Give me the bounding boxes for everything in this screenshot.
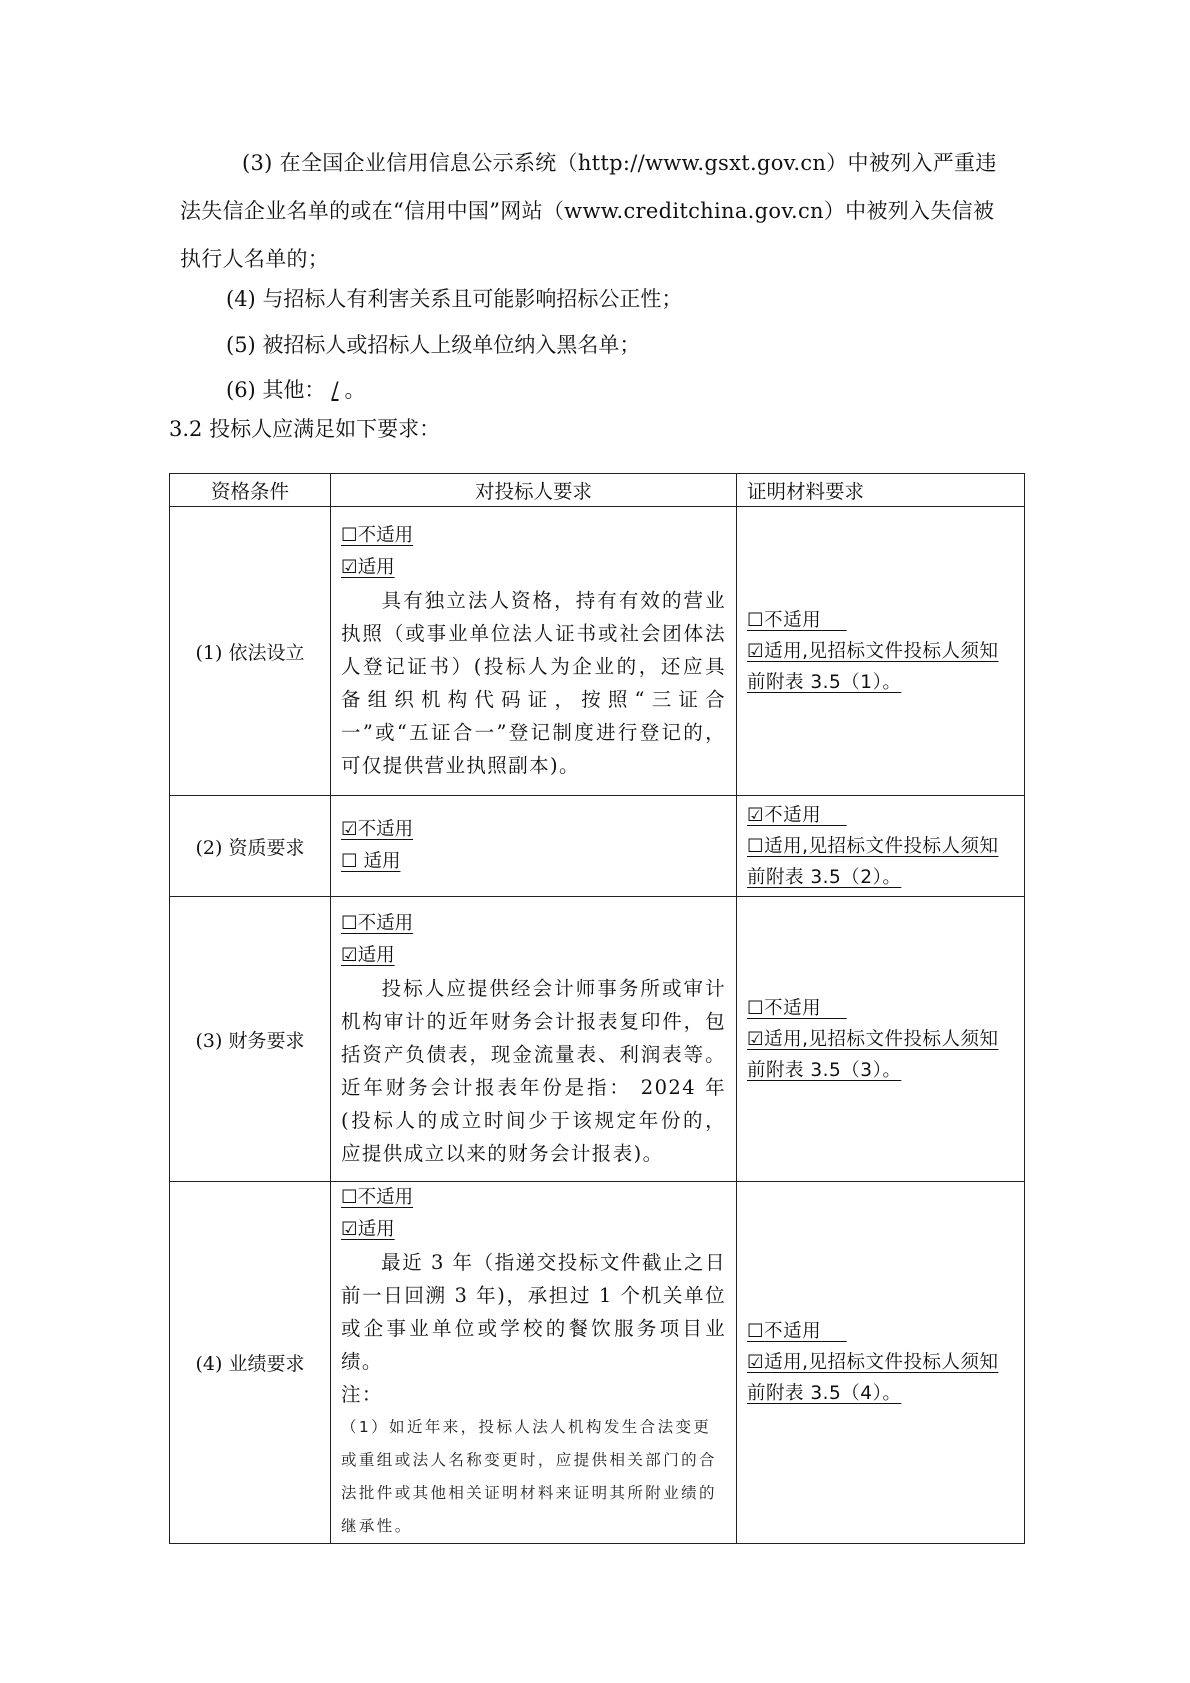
proof-not-applicable[interactable]: ☐不适用 — [747, 1316, 1014, 1347]
clause-6-prefix: 其他： — [262, 378, 325, 402]
section-title: 3.2 投标人应满足如下要求： — [169, 413, 440, 443]
clause-5: (5) 被招标人或招标人上级单位纳入黑名单； — [226, 329, 640, 359]
clause-6-value: / — [325, 378, 344, 402]
checkbox-unchecked-icon[interactable]: ☐ — [341, 525, 358, 546]
option-not-applicable[interactable]: ☐不适用 — [341, 520, 437, 552]
note-label: 注： — [341, 1378, 726, 1411]
checkbox-checked-icon[interactable]: ☑ — [747, 805, 764, 826]
checkbox-unchecked-icon[interactable]: ☐ — [341, 1187, 358, 1208]
checkbox-checked-icon[interactable]: ☑ — [341, 1219, 358, 1240]
requirement-cell: ☑不适用 ☐ 适用 — [331, 796, 737, 897]
clause-4-text: 与招标人有利害关系且可能影响招标公正性； — [262, 287, 682, 311]
clause-5-label: (5) — [226, 333, 256, 357]
header-proof: 证明材料要求 — [737, 474, 1025, 507]
proof-not-applicable[interactable]: ☐不适用 — [747, 605, 1014, 636]
proof-applicable[interactable]: ☐适用,见招标文件投标人须知前附表 3.5（2）。 — [747, 831, 1014, 893]
option-applicable[interactable]: ☑适用 — [341, 552, 395, 584]
condition-cell: (1) 依法设立 — [170, 507, 331, 796]
proof-applicable[interactable]: ☑适用,见招标文件投标人须知前附表 3.5（4）。 — [747, 1347, 1014, 1409]
clause-6-suffix: 。 — [345, 378, 366, 402]
header-requirement: 对投标人要求 — [331, 474, 737, 507]
proof-not-applicable[interactable]: ☑不适用 — [747, 800, 1014, 831]
checkbox-checked-icon[interactable]: ☑ — [341, 945, 358, 966]
table-row: (2) 资质要求 ☑不适用 ☐ 适用 ☑不适用 ☐适用,见招标文件投标人须知前附… — [170, 796, 1025, 897]
table-row: (3) 财务要求 ☐不适用 ☑适用 投标人应提供经会计师事务所或审计机构审计的近… — [170, 897, 1025, 1182]
checkbox-unchecked-icon[interactable]: ☐ — [747, 836, 764, 857]
checkbox-checked-icon[interactable]: ☑ — [747, 1029, 764, 1050]
checkbox-unchecked-icon[interactable]: ☐ — [341, 913, 358, 934]
condition-cell: (2) 资质要求 — [170, 796, 331, 897]
requirements-table: 资格条件 对投标人要求 证明材料要求 (1) 依法设立 ☐不适用 ☑适用 具有独… — [169, 473, 1025, 1544]
clause-3-label: (3) — [242, 151, 273, 175]
requirement-cell: ☐不适用 ☑适用 投标人应提供经会计师事务所或审计机构审计的近年财务会计报表复印… — [331, 897, 737, 1182]
clause-3-text: 在全国企业信用信息公示系统（http://www.gsxt.gov.cn）中被列… — [180, 151, 997, 271]
requirement-cell: ☐不适用 ☑适用 具有独立法人资格，持有有效的营业执照（或事业单位法人证书或社会… — [331, 507, 737, 796]
proof-cell: ☐不适用 ☑适用,见招标文件投标人须知前附表 3.5（4）。 — [737, 1182, 1025, 1544]
requirement-text: 具有独立法人资格，持有有效的营业执照（或事业单位法人证书或社会团体法人登记证书）… — [341, 584, 726, 782]
checkbox-unchecked-icon[interactable]: ☐ — [747, 998, 764, 1019]
note-text: （1）如近年来，投标人法人机构发生合法变更或重组或法人名称变更时，应提供相关部门… — [341, 1411, 726, 1543]
clause-3: (3) 在全国企业信用信息公示系统（http://www.gsxt.gov.cn… — [180, 139, 1010, 283]
condition-cell: (3) 财务要求 — [170, 897, 331, 1182]
checkbox-unchecked-icon[interactable]: ☐ — [341, 851, 358, 872]
table-row: (1) 依法设立 ☐不适用 ☑适用 具有独立法人资格，持有有效的营业执照（或事业… — [170, 507, 1025, 796]
option-not-applicable[interactable]: ☑不适用 — [341, 814, 437, 846]
proof-not-applicable[interactable]: ☐不适用 — [747, 993, 1014, 1024]
option-applicable[interactable]: ☑适用 — [341, 1214, 395, 1246]
clause-4: (4) 与招标人有利害关系且可能影响招标公正性； — [226, 283, 682, 313]
condition-cell: (4) 业绩要求 — [170, 1182, 331, 1544]
checkbox-checked-icon[interactable]: ☑ — [747, 641, 764, 662]
checkbox-unchecked-icon[interactable]: ☐ — [747, 1321, 764, 1342]
requirement-cell: ☐不适用 ☑适用 最近 3 年（指递交投标文件截止之日前一日回溯 3 年)，承担… — [331, 1182, 737, 1544]
checkbox-unchecked-icon[interactable]: ☐ — [747, 610, 764, 631]
proof-cell: ☐不适用 ☑适用,见招标文件投标人须知前附表 3.5（3）。 — [737, 897, 1025, 1182]
proof-applicable[interactable]: ☑适用,见招标文件投标人须知前附表 3.5（3）。 — [747, 1024, 1014, 1086]
clause-6-label: (6) — [226, 378, 256, 402]
table-header-row: 资格条件 对投标人要求 证明材料要求 — [170, 474, 1025, 507]
checkbox-checked-icon[interactable]: ☑ — [747, 1352, 764, 1373]
requirement-text: 投标人应提供经会计师事务所或审计机构审计的近年财务会计报表复印件，包括资产负债表… — [341, 972, 726, 1170]
table-row: (4) 业绩要求 ☐不适用 ☑适用 最近 3 年（指递交投标文件截止之日前一日回… — [170, 1182, 1025, 1544]
proof-applicable[interactable]: ☑适用,见招标文件投标人须知前附表 3.5（1）。 — [747, 636, 1014, 698]
option-applicable[interactable]: ☑适用 — [341, 940, 395, 972]
checkbox-checked-icon[interactable]: ☑ — [341, 557, 358, 578]
clause-6: (6) 其他：/。 — [226, 374, 366, 404]
option-not-applicable[interactable]: ☐不适用 — [341, 1182, 437, 1214]
proof-cell: ☑不适用 ☐适用,见招标文件投标人须知前附表 3.5（2）。 — [737, 796, 1025, 897]
header-condition: 资格条件 — [170, 474, 331, 507]
requirement-text: 最近 3 年（指递交投标文件截止之日前一日回溯 3 年)，承担过 1 个机关单位… — [341, 1246, 726, 1378]
clause-5-text: 被招标人或招标人上级单位纳入黑名单； — [262, 333, 640, 357]
clause-4-label: (4) — [226, 287, 256, 311]
option-applicable[interactable]: ☐ 适用 — [341, 846, 400, 878]
proof-cell: ☐不适用 ☑适用,见招标文件投标人须知前附表 3.5（1）。 — [737, 507, 1025, 796]
option-not-applicable[interactable]: ☐不适用 — [341, 908, 437, 940]
checkbox-checked-icon[interactable]: ☑ — [341, 819, 358, 840]
